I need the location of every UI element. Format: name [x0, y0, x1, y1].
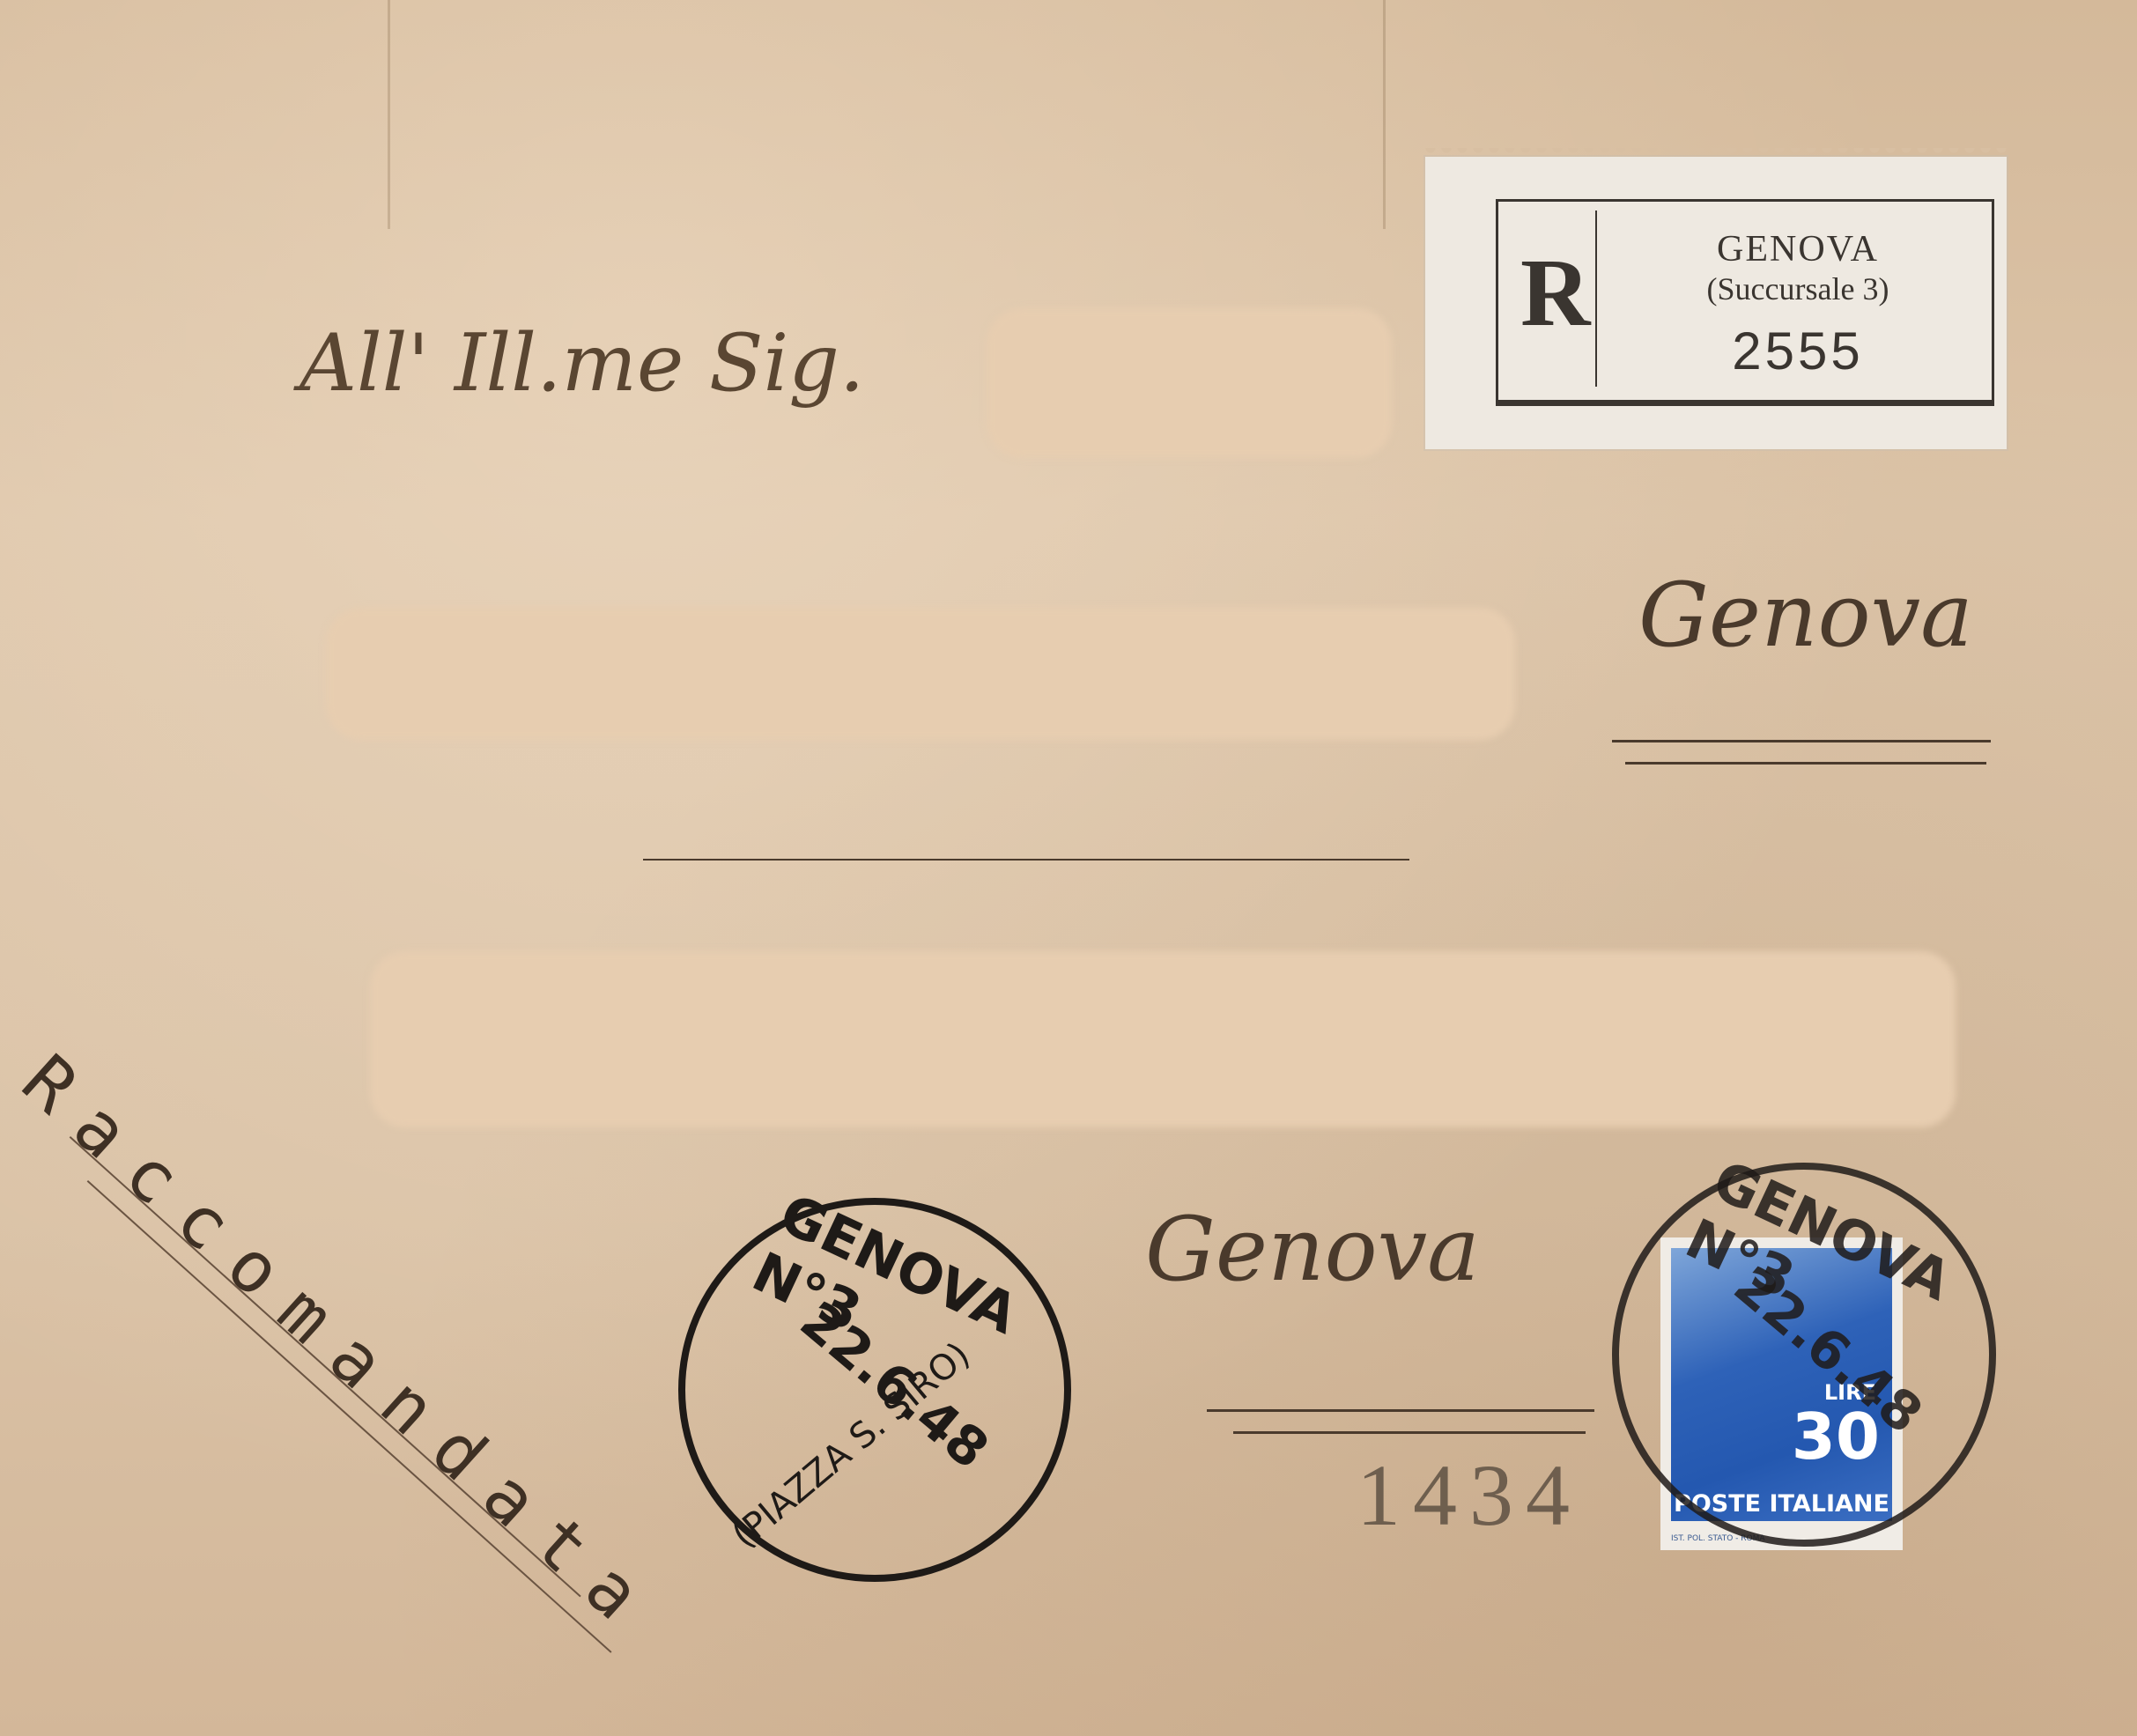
diagonal-underline [87, 1180, 612, 1653]
registration-number: 2555 [1604, 321, 1992, 381]
redacted-recipient-line [370, 951, 1956, 1127]
underline [1233, 1431, 1586, 1434]
address-salutation: All' Ill.me Sig. [299, 317, 865, 410]
address-rule [643, 859, 1409, 861]
diagonal-underline [70, 1136, 581, 1597]
redacted-name [987, 308, 1392, 458]
registered-mail-annotation: Raccomandata [7, 1039, 676, 1653]
underline [1207, 1409, 1594, 1412]
registration-letter: R [1520, 237, 1590, 349]
address-city-2: Genova [1145, 1198, 1480, 1301]
registration-label-frame: R GENOVA (Succursale 3) 2555 [1496, 199, 1994, 406]
postmark-cancel: GENOVA N°3 22.6.48 (PIAZZA S. SIRO) [678, 1198, 1071, 1582]
paper-fold [388, 0, 390, 229]
envelope: R GENOVA (Succursale 3) 2555 All' Ill.me… [0, 0, 2137, 1736]
postmark-on-stamp: GENOVA N°3 22.6.48 [1612, 1163, 1996, 1547]
registration-branch: (Succursale 3) [1604, 270, 1992, 307]
registration-count: 1434 [1357, 1444, 1582, 1546]
underline [1612, 740, 1991, 742]
redacted-street [326, 608, 1515, 740]
registration-city: GENOVA [1604, 228, 1992, 270]
registration-label: R GENOVA (Succursale 3) 2555 [1425, 157, 2007, 449]
registration-divider [1595, 211, 1597, 387]
paper-fold [1383, 0, 1386, 229]
address-city-1: Genova [1638, 564, 1973, 667]
underline [1625, 762, 1986, 765]
